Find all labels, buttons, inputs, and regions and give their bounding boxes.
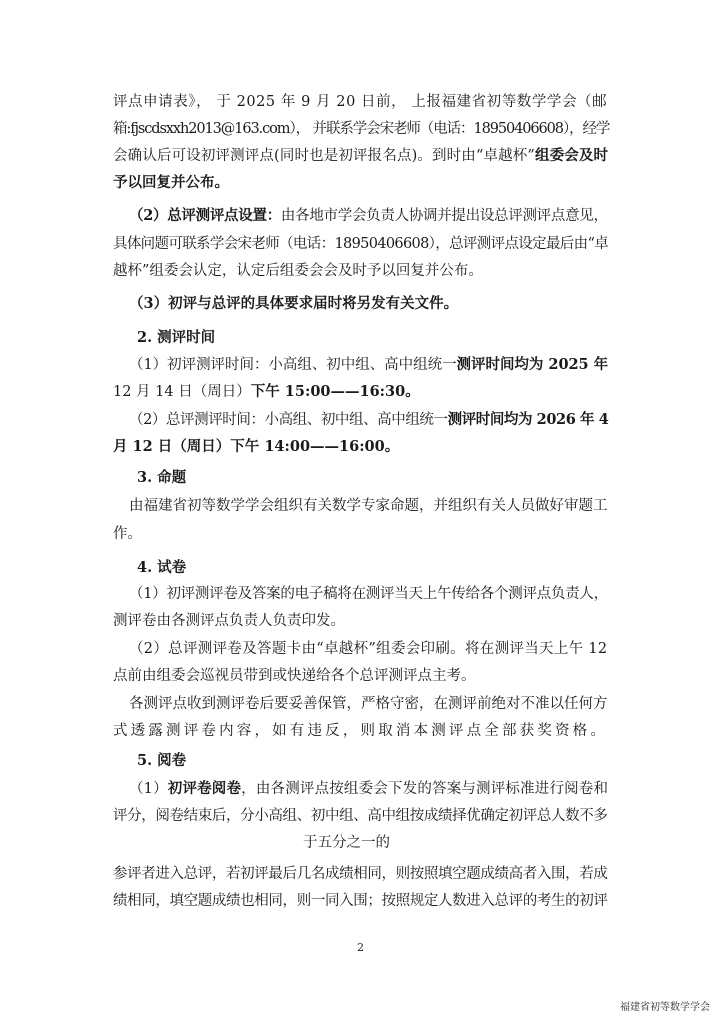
- text-segment: 绩相同，填空题成绩也相同，则一同入围；按照规定人数进入总评的考生的初评: [113, 893, 608, 909]
- text-line: 点前由组委会巡视员带到或快递给各个总评测评点主考。: [113, 666, 476, 686]
- text-line: （2）总评测评点设置：由各地市学会负责人协调并提出设总评测评点意见，: [129, 206, 608, 226]
- text-line: 4. 试卷: [137, 558, 186, 578]
- text-segment: 评点申请表》， 于 2025 年 9 月 20 日前， 上报福建省初等数学学会（…: [113, 94, 607, 110]
- bold-text: 测评时间均为 2026 年 4: [448, 411, 609, 428]
- bold-text: 5. 阅卷: [137, 752, 186, 769]
- organization-watermark: 福建省初等数学学会: [620, 998, 710, 1013]
- text-line: 各测评点收到测评卷后要妥善保管，严格守密，在测评前绝对不准以任何方: [129, 694, 608, 714]
- bold-text: 予以回复并公布。: [113, 174, 229, 191]
- text-segment: 由各地市学会负责人协调并提出设总评测评点意见，: [281, 208, 608, 224]
- text-segment: 箱:fjscdsxxh2013@163.com）， 并联系学会宋老师（电话：18…: [113, 121, 609, 137]
- text-line: 越杯”组委会认定，认定后组委会会及时予以回复并公布。: [113, 261, 483, 281]
- text-line: 5. 阅卷: [137, 751, 186, 771]
- text-line: 参评者进入总评，若初评最后几名成绩相同，则按照填空题成绩高者入围，若成: [113, 864, 608, 884]
- text-segment: （1）初评测评时间：小高组、初中组、高中组统一: [129, 357, 457, 373]
- text-segment: 12 月 14 日（周日）: [113, 384, 251, 400]
- bold-text: 初评卷阅卷: [168, 780, 241, 797]
- bold-text: 3. 命题: [137, 469, 186, 486]
- text-line: 测评卷由各测评点负责人负责印发。: [113, 611, 345, 631]
- text-line: 箱:fjscdsxxh2013@163.com）， 并联系学会宋老师（电话：18…: [113, 119, 609, 139]
- bold-text: 2. 测评时间: [137, 329, 215, 346]
- text-line: 3. 命题: [137, 468, 186, 488]
- bold-text: 月 12 日（周日）下午 14:00——16:00。: [113, 438, 399, 455]
- text-segment: 于五分之一的: [303, 835, 390, 851]
- text-segment: 评分，阅卷结束后，分小高组、初中组、高中组按成绩择优确定初评总人数不多: [113, 808, 608, 824]
- text-segment: 各测评点收到测评卷后要妥善保管，严格守密，在测评前绝对不准以任何方: [129, 696, 608, 712]
- text-line: （2）总评测评卷及答题卡由“卓越杯”组委会印刷。将在测评当天上午 12: [129, 639, 607, 659]
- text-segment: （2）总评测评卷及答题卡由“卓越杯”组委会印刷。将在测评当天上午 12: [129, 641, 607, 657]
- text-line: 予以回复并公布。: [113, 173, 229, 193]
- text-line: 于五分之一的: [303, 833, 390, 853]
- text-segment: （1）: [129, 781, 168, 797]
- text-segment: 点前由组委会巡视员带到或快递给各个总评测评点主考。: [113, 668, 476, 684]
- text-line: 评分，阅卷结束后，分小高组、初中组、高中组按成绩择优确定初评总人数不多: [113, 806, 608, 826]
- text-line: （3）初评与总评的具体要求届时将另发有关文件。: [129, 294, 458, 314]
- text-line: （1）初评测评卷及答案的电子稿将在测评当天上午传给各个测评点负责人，: [129, 584, 608, 604]
- text-line: 评点申请表》， 于 2025 年 9 月 20 日前， 上报福建省初等数学学会（…: [113, 92, 607, 112]
- bold-text: 组委会及时: [535, 147, 608, 164]
- text-line: 12 月 14 日（周日）下午 15:00——16:30。: [113, 382, 420, 402]
- text-segment: （2）总评测评时间：小高组、初中组、高中组统一: [129, 412, 448, 428]
- text-segment: （1）初评测评卷及答案的电子稿将在测评当天上午传给各个测评点负责人，: [129, 586, 608, 602]
- text-segment: 会确认后可设初评测评点(同时也是初评报名点)。到时由“卓越杯”: [113, 148, 535, 164]
- text-line: 绩相同，填空题成绩也相同，则一同入围；按照规定人数进入总评的考生的初评: [113, 891, 608, 911]
- text-segment: 参评者进入总评，若初评最后几名成绩相同，则按照填空题成绩高者入围，若成: [113, 866, 608, 882]
- text-segment: 由福建省初等数学学会组织有关数学专家命题，并组织有关人员做好审题工: [129, 498, 608, 514]
- page-number: 2: [357, 941, 364, 954]
- text-line: 会确认后可设初评测评点(同时也是初评报名点)。到时由“卓越杯”组委会及时: [113, 146, 608, 166]
- text-line: （2）总评测评时间：小高组、初中组、高中组统一测评时间均为 2026 年 4: [129, 410, 608, 430]
- text-line: （1）初评测评时间：小高组、初中组、高中组统一测评时间均为 2025 年: [129, 355, 608, 375]
- bold-text: 下午 15:00——16:30。: [251, 383, 420, 400]
- text-line: 具体问题可联系学会宋老师（电话：18950406608），总评测评点设定最后由“…: [113, 234, 608, 254]
- text-line: 由福建省初等数学学会组织有关数学专家命题，并组织有关人员做好审题工: [129, 496, 608, 516]
- text-segment: 具体问题可联系学会宋老师（电话：18950406608），总评测评点设定最后由“…: [113, 236, 608, 252]
- text-segment: 式透露测评卷内容，如有违反，则取消本测评点全部获奖资格。: [113, 723, 608, 739]
- bold-text: （3）初评与总评的具体要求届时将另发有关文件。: [129, 295, 458, 312]
- text-line: 2. 测评时间: [137, 328, 215, 348]
- bold-text: （2）总评测评点设置：: [129, 207, 281, 224]
- text-line: 作。: [113, 524, 142, 544]
- text-line: 月 12 日（周日）下午 14:00——16:00。: [113, 437, 399, 457]
- text-segment: 作。: [113, 526, 142, 542]
- text-segment: 越杯”组委会认定，认定后组委会会及时予以回复并公布。: [113, 263, 483, 279]
- bold-text: 4. 试卷: [137, 559, 186, 576]
- text-line: 式透露测评卷内容，如有违反，则取消本测评点全部获奖资格。: [113, 721, 608, 741]
- bold-text: 测评时间均为 2025 年: [457, 356, 609, 373]
- text-line: （1）初评卷阅卷，由各测评点按组委会下发的答案与测评标准进行阅卷和: [129, 779, 608, 799]
- text-segment: 测评卷由各测评点负责人负责印发。: [113, 613, 345, 629]
- text-segment: ，由各测评点按组委会下发的答案与测评标准进行阅卷和: [241, 781, 608, 797]
